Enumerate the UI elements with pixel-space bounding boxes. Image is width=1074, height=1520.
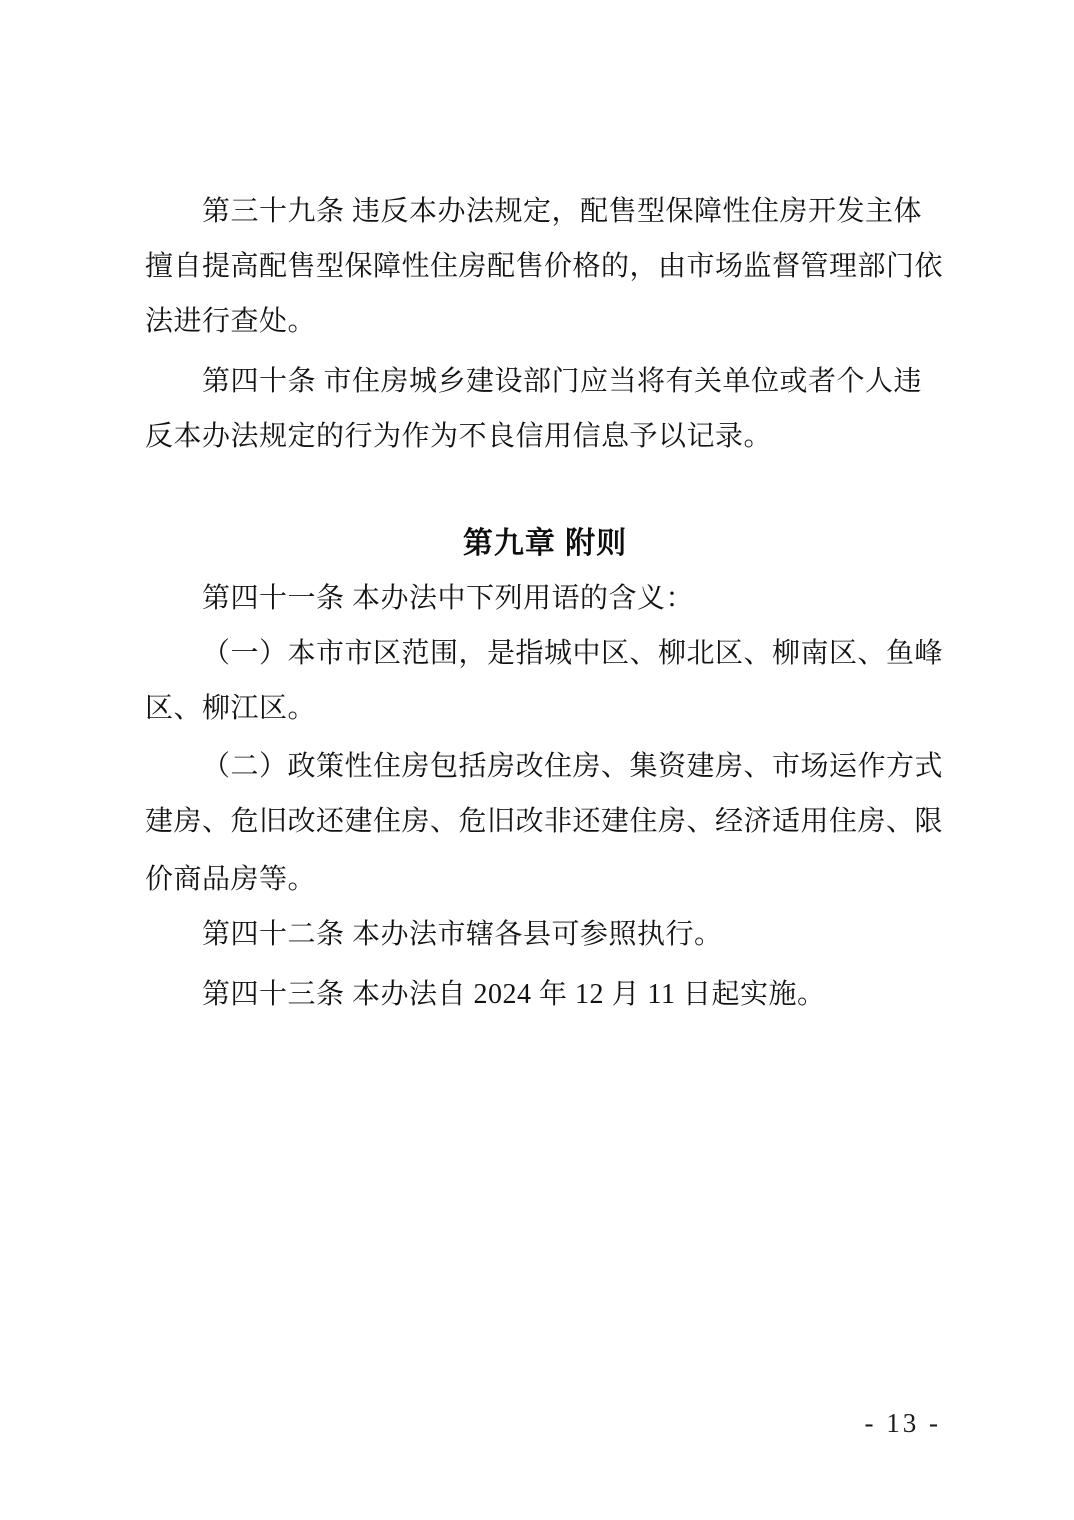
article-43-line-1: 第四十三条 本办法自 2024 年 12 月 11 日起实施。 [145, 967, 945, 1022]
chapter-heading: 第九章 附则 [145, 516, 945, 571]
page-number: - 13 - [865, 1408, 941, 1438]
page-footer: - 13 - [145, 1408, 941, 1439]
article-41-item-2-line-1: （二）政策性住房包括房改住房、集资建房、市场运作方式 [145, 739, 945, 794]
article-39-line-3: 法进行查处。 [145, 294, 945, 349]
article-42-line-1: 第四十二条 本办法市辖各县可参照执行。 [145, 907, 945, 962]
article-40-line-2: 反本办法规定的行为作为不良信用信息予以记录。 [145, 409, 945, 464]
article-39-line-2: 擅自提高配售型保障性住房配售价格的，由市场监督管理部门依 [145, 239, 945, 294]
document-page: 第三十九条 违反本办法规定，配售型保障性住房开发主体 擅自提高配售型保障性住房配… [0, 0, 1074, 1520]
article-41-item-1-line-1: （一）本市市区范围，是指城中区、柳北区、柳南区、鱼峰 [145, 626, 945, 681]
article-41-item-2-line-2: 建房、危旧改还建住房、危旧改非还建住房、经济适用住房、限 [145, 794, 945, 849]
article-40-line-1: 第四十条 市住房城乡建设部门应当将有关单位或者个人违 [145, 354, 945, 409]
article-41-item-1-line-2: 区、柳江区。 [145, 681, 945, 736]
article-41-line-1: 第四十一条 本办法中下列用语的含义： [145, 571, 945, 626]
article-41-item-2-line-3: 价商品房等。 [145, 852, 945, 907]
document-content: 第三十九条 违反本办法规定，配售型保障性住房开发主体 擅自提高配售型保障性住房配… [145, 184, 945, 1022]
article-39-line-1: 第三十九条 违反本办法规定，配售型保障性住房开发主体 [145, 184, 945, 239]
